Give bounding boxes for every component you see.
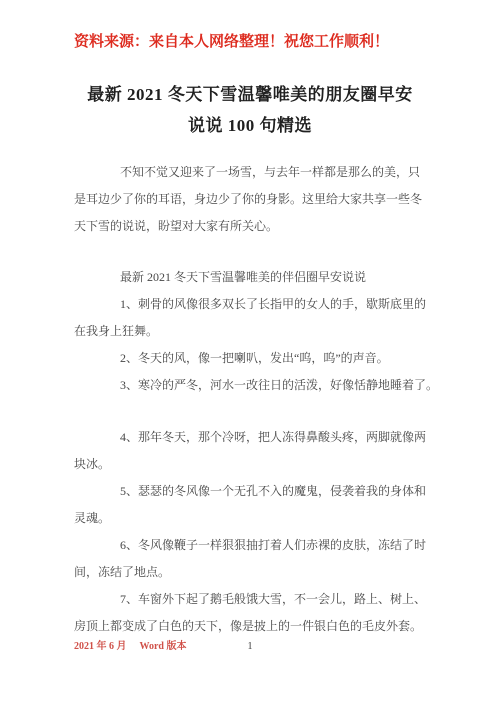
section-subtitle: 最新 2021 冬天下雪温馨唯美的伴侣圈早安说说	[74, 264, 426, 291]
intro-line: 不知不觉又迎来了一场雪，与去年一样都是那么的美，只	[74, 159, 426, 186]
quote-line: 7、车窗外下起了鹅毛般饿大雪，不一会儿，路上、树上、	[74, 586, 426, 613]
quote-line: 2、冬天的风，像一把喇叭，发出“呜，呜”的声音。	[74, 345, 426, 372]
quote-line: 1、刺骨的风像很多双长了长指甲的女人的手，歇斯底里的	[74, 291, 426, 318]
quote-item-4: 4、那年冬天，那个冷呀，把人冻得鼻酸头疼，两脚就像两 块冰。	[74, 424, 426, 478]
quote-item-1: 1、刺骨的风像很多双长了长指甲的女人的手，歇斯底里的 在我身上狂舞。	[74, 291, 426, 345]
intro-paragraph: 不知不觉又迎来了一场雪，与去年一样都是那么的美，只 是耳边少了你的耳语，身边少了…	[74, 159, 426, 240]
quote-line: 块冰。	[74, 451, 426, 478]
document-page: 资料来源：来自本人网络整理！祝您工作顺利！ 最新 2021 冬天下雪温馨唯美的朋…	[0, 0, 500, 708]
quote-item-2: 2、冬天的风，像一把喇叭，发出“呜，呜”的声音。	[74, 345, 426, 372]
intro-line: 天下雪的说说，盼望对大家有所关心。	[74, 213, 426, 240]
quote-line: 在我身上狂舞。	[74, 318, 426, 345]
quote-line: 间，冻结了地点。	[74, 559, 426, 586]
quote-line: 6、冬风像鞭子一样狠狠抽打着人们赤裸的皮肤，冻结了时	[74, 532, 426, 559]
quote-item-5: 5、瑟瑟的冬风像一个无孔不入的魔鬼，侵袭着我的身体和 灵魂。	[74, 478, 426, 532]
quote-line: 5、瑟瑟的冬风像一个无孔不入的魔鬼，侵袭着我的身体和	[74, 478, 426, 505]
page-footer: 2021 年 6 月Word 版本 1	[74, 640, 426, 654]
quote-item-7: 7、车窗外下起了鹅毛般饿大雪，不一会儿，路上、树上、 房顶上都变成了白色的天下，…	[74, 586, 426, 640]
quote-item-6: 6、冬风像鞭子一样狠狠抽打着人们赤裸的皮肤，冻结了时 间，冻结了地点。	[74, 532, 426, 586]
quote-list: 1、刺骨的风像很多双长了长指甲的女人的手，歇斯底里的 在我身上狂舞。 2、冬天的…	[74, 291, 426, 640]
quote-line: 房顶上都变成了白色的天下，像是披上的一件银白色的毛皮外套。	[74, 613, 426, 640]
document-content: 资料来源：来自本人网络整理！祝您工作顺利！ 最新 2021 冬天下雪温馨唯美的朋…	[0, 0, 500, 640]
intro-line: 是耳边少了你的耳语，身边少了你的身影。这里给大家共享一些冬	[74, 186, 426, 213]
quote-line: 灵魂。	[74, 505, 426, 532]
source-notice: 资料来源：来自本人网络整理！祝您工作顺利！	[74, 0, 426, 52]
quote-item-3: 3、寒冷的严冬，河水一改往日的活泼，好像恬静地睡着了。	[74, 372, 426, 399]
title-line-1: 最新 2021 冬天下雪温馨唯美的朋友圈早安	[74, 79, 426, 110]
quote-line: 3、寒冷的严冬，河水一改往日的活泼，好像恬静地睡着了。	[74, 372, 426, 399]
document-title: 最新 2021 冬天下雪温馨唯美的朋友圈早安 说说 100 句精选	[74, 79, 426, 141]
quote-line: 4、那年冬天，那个冷呀，把人冻得鼻酸头疼，两脚就像两	[74, 424, 426, 451]
page-number: 1	[74, 640, 426, 654]
title-line-2: 说说 100 句精选	[74, 110, 426, 141]
